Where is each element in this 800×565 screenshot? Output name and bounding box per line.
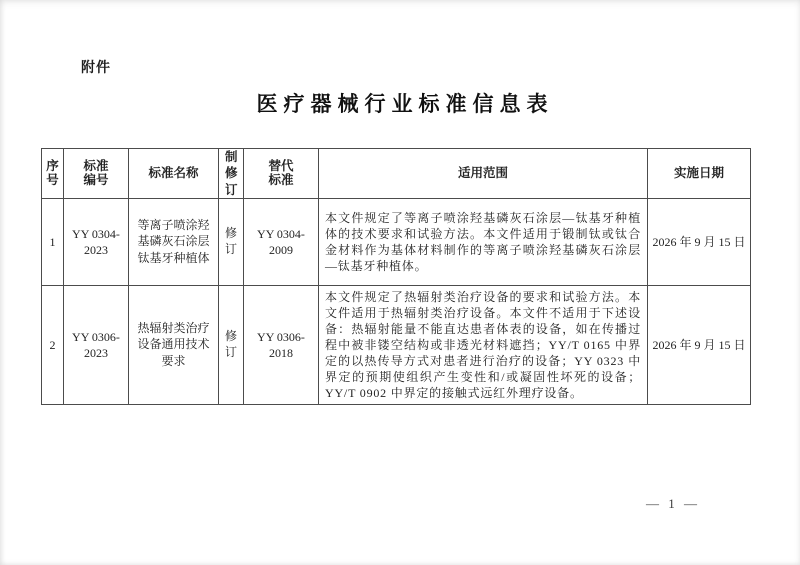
cell-replaced-std: YY 0306-2018 xyxy=(244,285,319,404)
cell-revision: 修订 xyxy=(219,285,244,404)
cell-standard-no: YY 0306-2023 xyxy=(64,285,129,404)
cell-scope: 本文件规定了等离子喷涂羟基磷灰石涂层—钛基牙种植体的技术要求和试验方法。本文件适… xyxy=(319,198,648,285)
cell-scope: 本文件规定了热辐射类治疗设备的要求和试验方法。本文件适用于热辐射类治疗设备。本文… xyxy=(319,285,648,404)
header-impl-date: 实施日期 xyxy=(648,149,751,199)
cell-standard-name: 热辐射类治疗设备通用技术要求 xyxy=(129,285,219,404)
cell-replaced-std: YY 0304-2009 xyxy=(244,198,319,285)
cell-seq-no: 1 xyxy=(42,198,64,285)
table-header-row: 序号 标准 编号 标准名称 制 修 订 替代 标准 适用范围 实施日期 xyxy=(42,149,751,199)
cell-impl-date: 2026 年 9 月 15 日 xyxy=(648,285,751,404)
cell-impl-date: 2026 年 9 月 15 日 xyxy=(648,198,751,285)
cell-standard-no: YY 0304-2023 xyxy=(64,198,129,285)
cell-standard-name: 等离子喷涂羟基磷灰石涂层钛基牙种植体 xyxy=(129,198,219,285)
standards-table: 序号 标准 编号 标准名称 制 修 订 替代 标准 适用范围 实施日期 1 YY… xyxy=(41,148,751,405)
header-standard-name: 标准名称 xyxy=(129,149,219,199)
document-page: 附件 医疗器械行业标准信息表 序号 标准 编号 标准名称 制 修 订 替代 标准… xyxy=(0,0,800,565)
header-standard-no: 标准 编号 xyxy=(64,149,129,199)
table-row: 2 YY 0306-2023 热辐射类治疗设备通用技术要求 修订 YY 0306… xyxy=(42,285,751,404)
attachment-label: 附件 xyxy=(81,57,111,77)
header-seq-no: 序号 xyxy=(42,149,64,199)
cell-revision: 修订 xyxy=(219,198,244,285)
cell-seq-no: 2 xyxy=(42,285,64,404)
page-number: — 1 — xyxy=(646,496,700,512)
page-title: 医疗器械行业标准信息表 xyxy=(0,88,800,118)
table-row: 1 YY 0304-2023 等离子喷涂羟基磷灰石涂层钛基牙种植体 修订 YY … xyxy=(42,198,751,285)
header-scope: 适用范围 xyxy=(319,149,648,199)
header-replaced-std: 替代 标准 xyxy=(244,149,319,199)
header-revision: 制 修 订 xyxy=(219,149,244,199)
